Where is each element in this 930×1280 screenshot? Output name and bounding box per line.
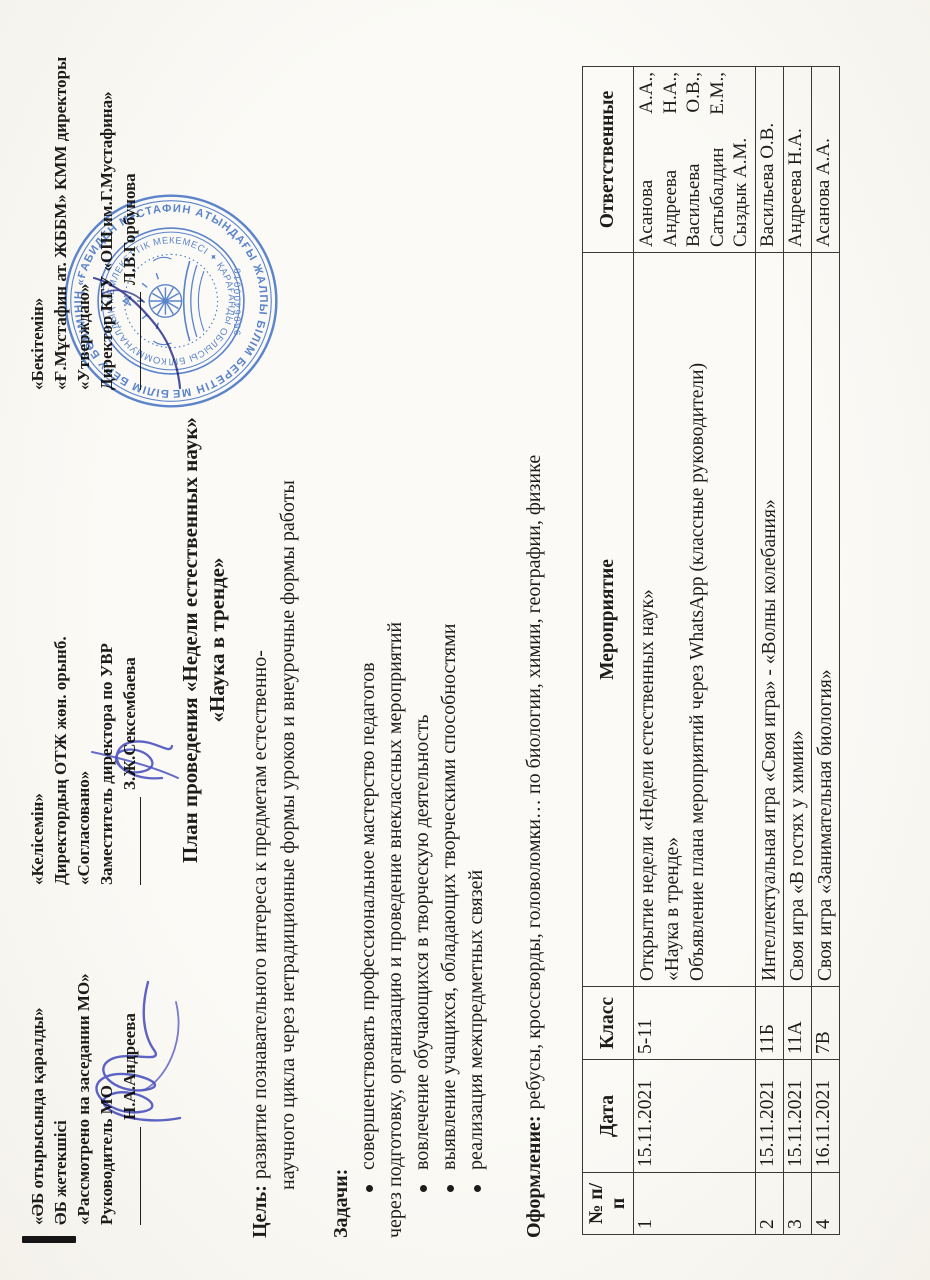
goal-text-line2: научного цикла через нетрадиционные форм… [277, 480, 299, 1238]
cell-event: Своя игра «Занимательная биология» [812, 253, 840, 987]
table-row: 3 15.11.2021 11А Своя игра «В гостях у х… [784, 67, 812, 1235]
cell-responsible: Асанова А.А. [812, 67, 840, 253]
task-text: через подготовку, организацию и проведен… [384, 622, 406, 1238]
event-line: «Наука в тренде» [660, 258, 685, 981]
responsible-person: Сыздык А.М. [729, 72, 753, 247]
header-num: № п/п [583, 1173, 634, 1235]
decoration-label: Оформление: [523, 1115, 545, 1238]
cell-responsible: Андреева Н.А. [784, 67, 812, 253]
task-text: реализация межпредметных связей [465, 870, 487, 1170]
cell-class: 11А [784, 987, 812, 1060]
responsible-person: АндрееваН.А., [659, 72, 683, 247]
approval-line: «Келісемін» [26, 555, 49, 885]
cell-num: 4 [812, 1173, 840, 1235]
task-item: совершенствовать профессиональное мастер… [355, 40, 382, 1238]
cell-num: 2 [756, 1173, 784, 1235]
cell-num: 1 [634, 1173, 756, 1235]
cell-class: 5-11 [634, 987, 756, 1060]
approval-line: «Бекітемін» [26, 40, 49, 390]
cell-date: 16.11.2021 [812, 1060, 840, 1173]
school-round-stamp: БІЛІМ БЕРУ БӨЛІМІНІҢ «ҒАБИДЕН МҰСТАФИН А… [52, 182, 290, 420]
cell-event: Своя игра «В гостях у химии» [784, 253, 812, 987]
event-line: Своя игра «Занимательная биология» [813, 258, 838, 981]
handwritten-signature-andreeva [68, 940, 203, 1140]
event-line: Своя игра «В гостях у химии» [785, 258, 810, 981]
task-text: выявление учащихся, обладающих творчески… [438, 624, 460, 1170]
cell-class: 7В [812, 987, 840, 1060]
goal-text-line1: развитие познавательного интереса к пред… [249, 650, 271, 1179]
decoration-paragraph: Оформление:ребусы, кроссворды, головолом… [520, 40, 548, 1238]
bullet-icon [366, 1185, 373, 1192]
approval-line: «ӘБ отырысында қаралды» [26, 885, 49, 1225]
cell-date: 15.11.2021 [756, 1060, 784, 1173]
table-row: 2 15.11.2021 11Б Интеллектуальная игра «… [756, 67, 784, 1235]
responsible-person: ВасильеваО.В., [682, 72, 706, 247]
decoration-text: ребусы, кроссворды, головоломки… по биол… [523, 455, 545, 1110]
table-header-row: № п/п Дата Класс Мероприятие Ответственн… [583, 67, 634, 1235]
signature-line [120, 1127, 141, 1225]
task-text: совершенствовать профессиональное мастер… [357, 662, 379, 1170]
event-line: Объявление плана мероприятий через Whats… [685, 258, 710, 981]
task-item: вовлечение обучающихся в творческую деят… [409, 40, 436, 1238]
tasks-label: Задачи: [328, 40, 355, 1238]
cell-class: 11Б [756, 987, 784, 1060]
rotated-scan-sheet: «ӘБ отырысында қаралды» ӘБ жетекшісі «Ра… [0, 0, 930, 1280]
header-date: Дата [583, 1060, 634, 1173]
cell-date: 15.11.2021 [634, 1060, 756, 1173]
goal-label: Цель: [249, 1185, 271, 1238]
cell-date: 15.11.2021 [784, 1060, 812, 1173]
tasks-section: Задачи: совершенствовать профессионально… [328, 40, 490, 1238]
cell-event: Интеллектуальная игра «Своя игра» - «Вол… [756, 253, 784, 987]
bullet-icon [474, 1185, 481, 1192]
responsible-person: СатыбалдинЕ.М., [706, 72, 730, 247]
bullet-icon [447, 1185, 454, 1192]
task-item: выявление учащихся, обладающих творчески… [436, 40, 463, 1238]
cell-num: 3 [784, 1173, 812, 1235]
scan-artifact-bar [22, 1236, 76, 1243]
cell-responsible: Васильева О.В. [756, 67, 784, 253]
table-row: 1 15.11.2021 5-11 Открытие недели «Недел… [634, 67, 756, 1235]
table-row: 4 16.11.2021 7В Своя игра «Занимательная… [812, 67, 840, 1235]
header-responsible: Ответственные [583, 67, 634, 253]
svg-text:9506400010: 9506400010 [232, 267, 243, 336]
responsible-person: АсановаА.А., [635, 72, 659, 247]
cell-event: Открытие недели «Недели естественных нау… [634, 253, 756, 987]
task-item: реализация межпредметных связей [463, 40, 490, 1238]
bullet-icon [420, 1185, 427, 1192]
task-text: вовлечение обучающихся в творческую деят… [411, 714, 433, 1170]
header-event: Мероприятие [583, 253, 634, 987]
event-line: Интеллектуальная игра «Своя игра» - «Вол… [757, 258, 782, 981]
scanned-document-page: { "document": { "approvals": [ { "lines"… [0, 0, 930, 1280]
handwritten-signature-seksembaeva [82, 692, 187, 812]
header-class: Класс [583, 987, 634, 1060]
plan-table: № п/п Дата Класс Мероприятие Ответственн… [582, 66, 840, 1235]
task-item-continuation: через подготовку, организацию и проведен… [382, 40, 409, 1238]
cell-responsible: АсановаА.А., АндрееваН.А., ВасильеваО.В.… [634, 67, 756, 253]
approval-line: Директордың ОТЖ жөн. орынб. [49, 555, 72, 885]
event-line: Открытие недели «Недели естественных нау… [635, 258, 660, 981]
